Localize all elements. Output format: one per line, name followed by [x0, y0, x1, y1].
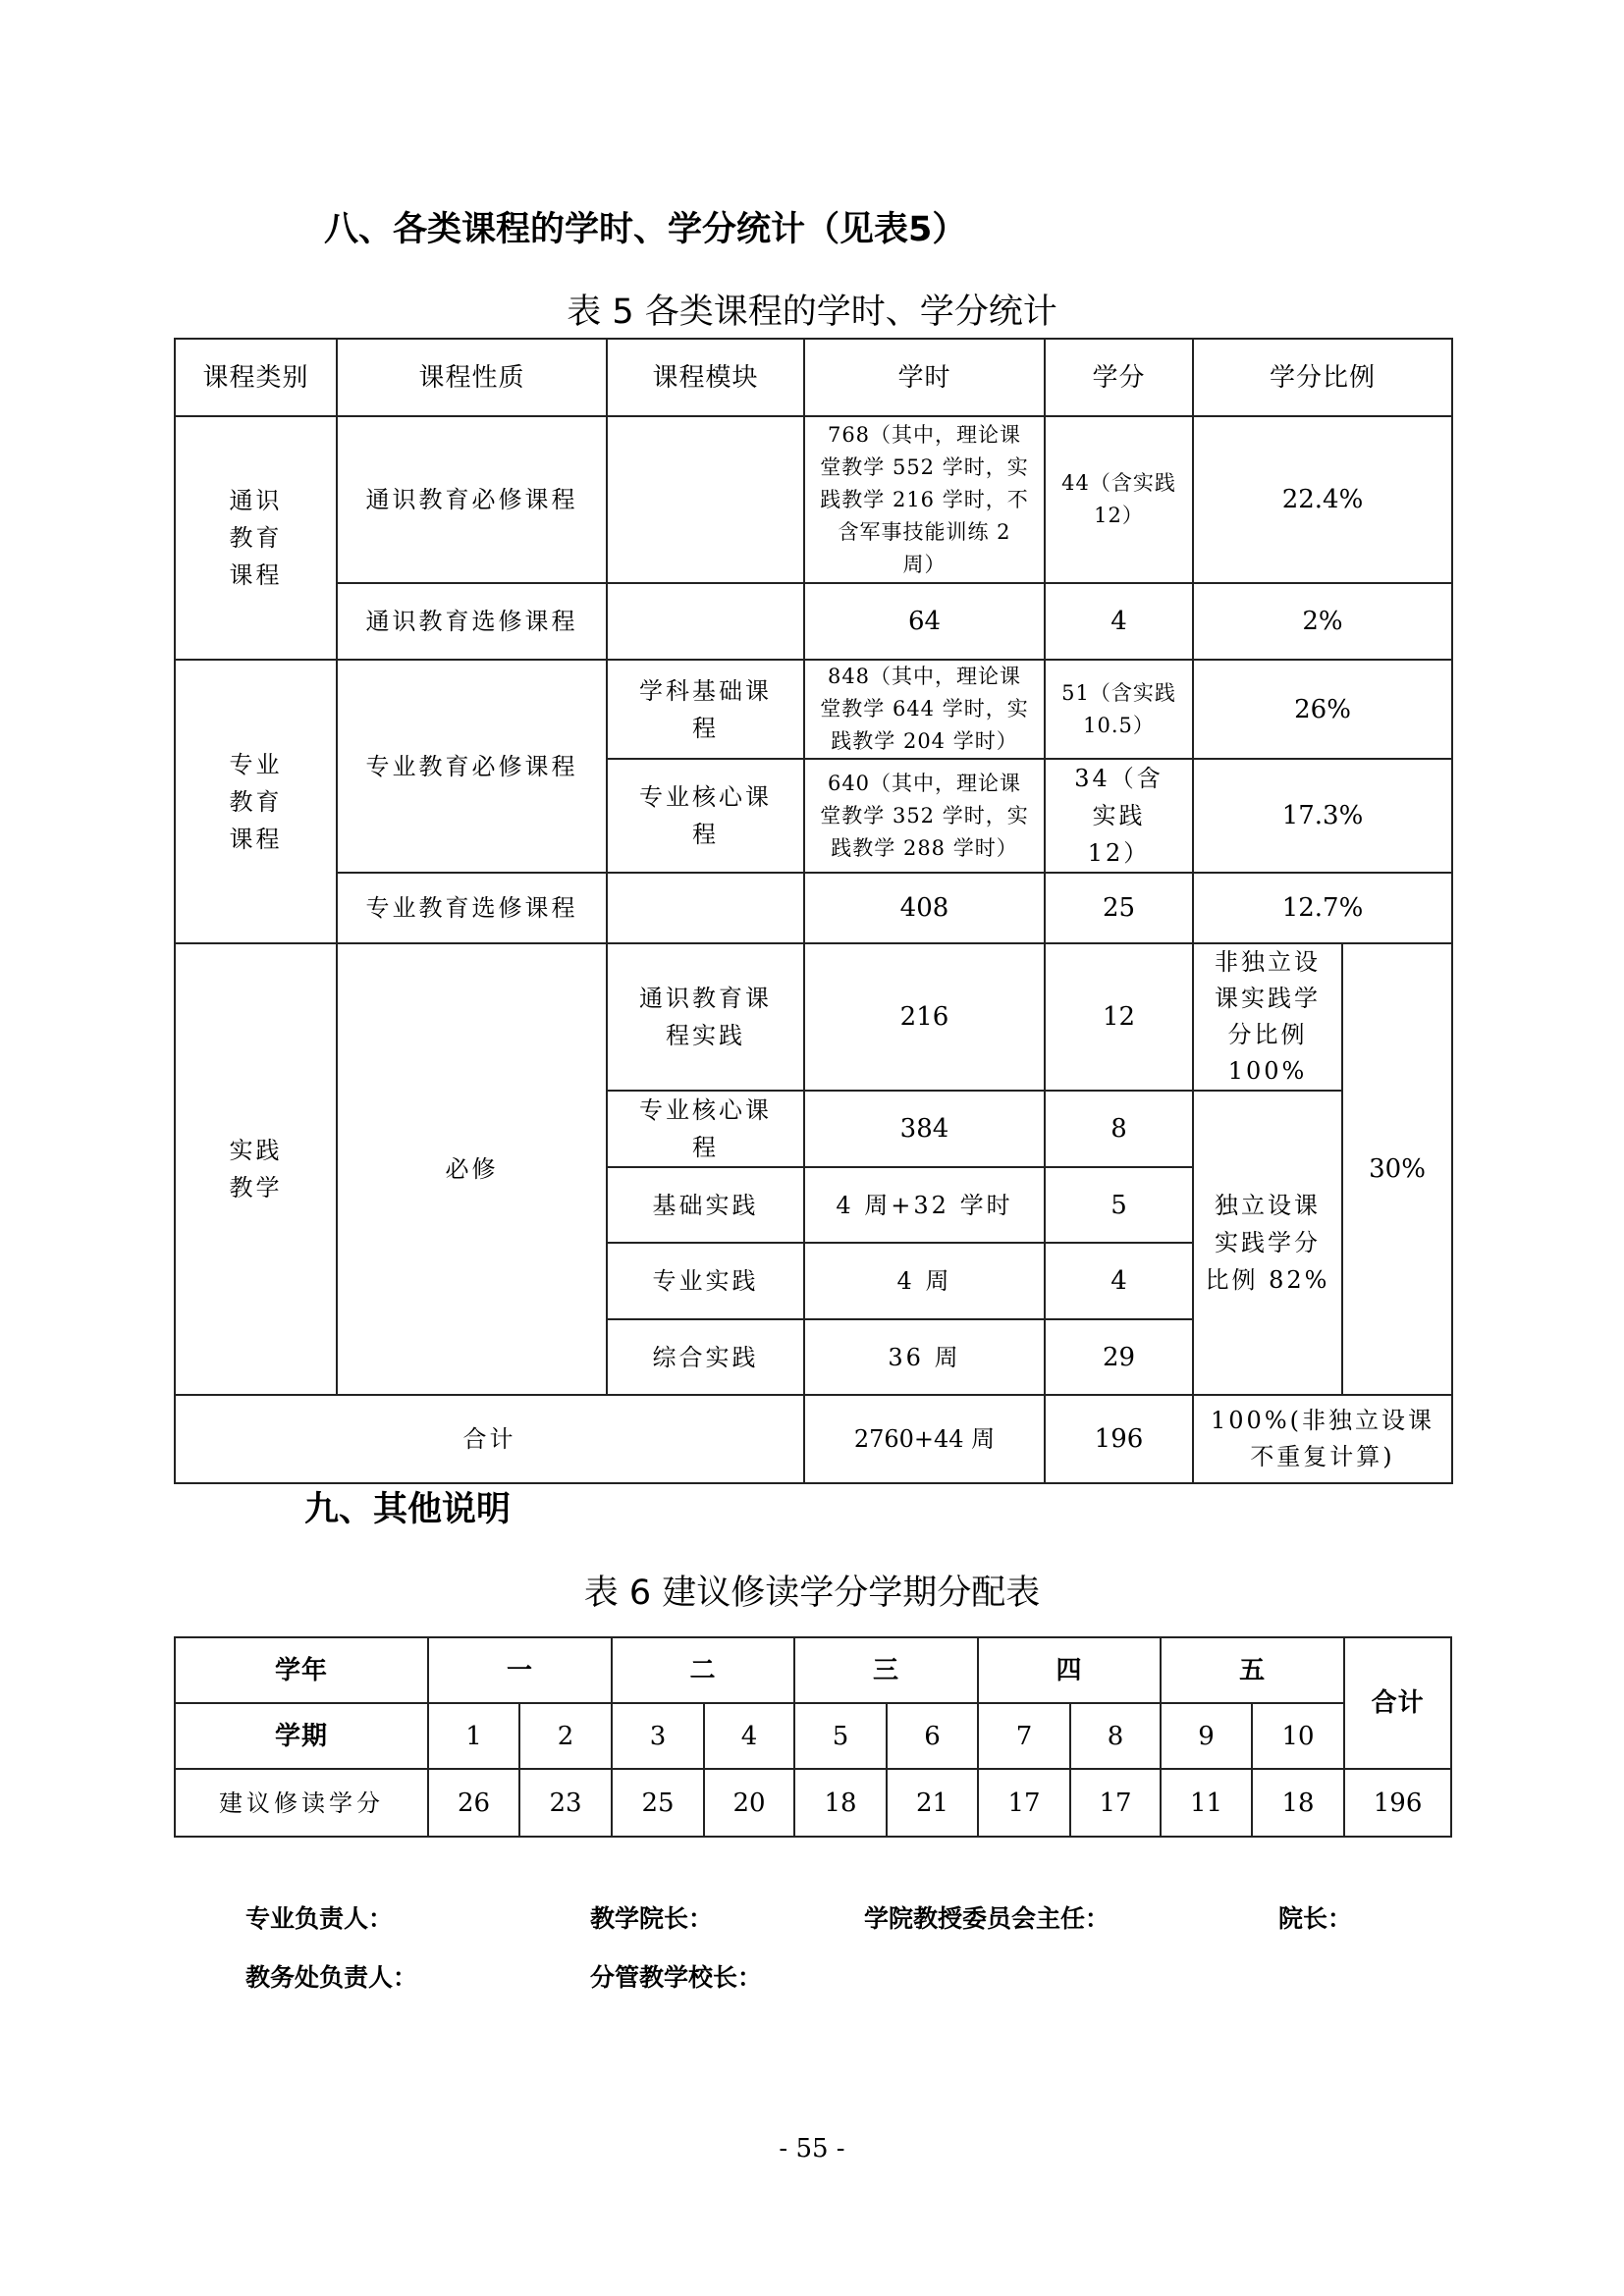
credits-row: 建议修读学分 26 23 25 20 18 21 17 17 11 18 196: [175, 1769, 1451, 1837]
credits-term-10: 18: [1252, 1769, 1344, 1837]
cell-nature: 专业教育必修课程: [337, 660, 607, 873]
signature-vice-president: 分管教学校长：: [590, 1962, 762, 1994]
cell-module: [607, 583, 804, 660]
total-label: 合计: [175, 1395, 804, 1483]
cell-module: 学科基础课程: [607, 660, 804, 759]
cell-module: 通识教育课程实践: [607, 943, 804, 1091]
cell-ratio-independent: 独立设课实践学分比例 82%: [1193, 1091, 1342, 1395]
cell-credits: 44（含实践 12）: [1045, 416, 1193, 583]
table-row: 通识教育选修课程 64 4 2%: [175, 583, 1452, 660]
cell-hours: 64: [804, 583, 1045, 660]
signature-major-lead: 专业负责人：: [245, 1903, 393, 1935]
cell-credits: 4: [1045, 1243, 1193, 1319]
term-3: 3: [612, 1703, 704, 1769]
cell-module: 专业核心课程: [607, 1091, 804, 1167]
table-row: 通识 教育 课程 通识教育必修课程 768（其中，理论课堂教学 552 学时，实…: [175, 416, 1452, 583]
term-5: 5: [794, 1703, 887, 1769]
table-5-total-row: 合计 2760+44 周 196 100%(非独立设课不重复计算): [175, 1395, 1452, 1483]
year-3: 三: [794, 1637, 978, 1703]
year-1: 一: [428, 1637, 612, 1703]
cell-ratio: 17.3%: [1193, 759, 1452, 873]
table-6-credit-distribution: 学年 一 二 三 四 五 合计 学期 1 2 3 4 5 6 7 8 9 10 …: [174, 1636, 1452, 1838]
table-row: 专业教育选修课程 408 25 12.7%: [175, 873, 1452, 943]
term-4: 4: [704, 1703, 794, 1769]
cell-ratio: 22.4%: [1193, 416, 1452, 583]
cell-module: [607, 416, 804, 583]
total-label: 合计: [1344, 1637, 1451, 1769]
cell-module: 专业核心课程: [607, 759, 804, 873]
header-credits: 学分: [1045, 339, 1193, 416]
cell-hours: 36 周: [804, 1319, 1045, 1395]
credits-term-5: 18: [794, 1769, 887, 1837]
cell-credits: 4: [1045, 583, 1193, 660]
term-label: 学期: [175, 1703, 428, 1769]
cell-hours: 768（其中，理论课堂教学 552 学时，实践教学 216 学时，不含军事技能训…: [804, 416, 1045, 583]
term-1: 1: [428, 1703, 519, 1769]
table-row: 专业 教育 课程 专业教育必修课程 学科基础课程 848（其中，理论课堂教学 6…: [175, 660, 1452, 759]
term-2: 2: [519, 1703, 612, 1769]
table-row: 实践 教学 必修 通识教育课程实践 216 12 非独立设课实践学分比例 100…: [175, 943, 1452, 1091]
credits-term-1: 26: [428, 1769, 519, 1837]
cell-hours: 4 周+32 学时: [804, 1167, 1045, 1243]
credits-term-2: 23: [519, 1769, 612, 1837]
year-5: 五: [1161, 1637, 1344, 1703]
group-major-education: 专业 教育 课程: [175, 660, 337, 943]
term-10: 10: [1252, 1703, 1344, 1769]
cell-nature: 必修: [337, 943, 607, 1395]
credits-term-9: 11: [1161, 1769, 1252, 1837]
term-8: 8: [1070, 1703, 1161, 1769]
cell-credits: 29: [1045, 1319, 1193, 1395]
cell-hours: 4 周: [804, 1243, 1045, 1319]
group-practice-teaching: 实践 教学: [175, 943, 337, 1395]
signature-committee-chair: 学院教授委员会主任：: [864, 1903, 1110, 1935]
term-9: 9: [1161, 1703, 1252, 1769]
table-5-header-row: 课程类别 课程性质 课程模块 学时 学分 学分比例: [175, 339, 1452, 416]
credits-label: 建议修读学分: [175, 1769, 428, 1837]
cell-credits: 51（含实践 10.5）: [1045, 660, 1193, 759]
term-row: 学期 1 2 3 4 5 6 7 8 9 10: [175, 1703, 1451, 1769]
cell-ratio: 2%: [1193, 583, 1452, 660]
signature-dean: 院长：: [1278, 1903, 1352, 1935]
cell-credits: 25: [1045, 873, 1193, 943]
cell-hours: 848（其中，理论课堂教学 644 学时，实践教学 204 学时）: [804, 660, 1045, 759]
cell-hours: 408: [804, 873, 1045, 943]
signature-teaching-dean: 教学院长：: [590, 1903, 713, 1935]
cell-nature: 通识教育选修课程: [337, 583, 607, 660]
cell-nature: 专业教育选修课程: [337, 873, 607, 943]
cell-module: 基础实践: [607, 1167, 804, 1243]
cell-hours: 216: [804, 943, 1045, 1091]
cell-nature: 通识教育必修课程: [337, 416, 607, 583]
section-9-heading: 九、其他说明: [304, 1488, 511, 1531]
header-hours: 学时: [804, 339, 1045, 416]
cell-module: 综合实践: [607, 1319, 804, 1395]
term-6: 6: [887, 1703, 978, 1769]
credits-term-6: 21: [887, 1769, 978, 1837]
cell-ratio: 26%: [1193, 660, 1452, 759]
year-2: 二: [612, 1637, 794, 1703]
cell-ratio-non-independent: 非独立设课实践学分比例 100%: [1193, 943, 1342, 1091]
cell-ratio-practice-total: 30%: [1342, 943, 1452, 1395]
table-5-credit-hours: 课程类别 课程性质 课程模块 学时 学分 学分比例 通识 教育 课程 通识教育必…: [174, 338, 1453, 1484]
cell-credits: 8: [1045, 1091, 1193, 1167]
cell-ratio: 12.7%: [1193, 873, 1452, 943]
cell-module: [607, 873, 804, 943]
cell-module: 专业实践: [607, 1243, 804, 1319]
header-category: 课程类别: [175, 339, 337, 416]
header-module: 课程模块: [607, 339, 804, 416]
total-ratio: 100%(非独立设课不重复计算): [1193, 1395, 1452, 1483]
cell-hours: 384: [804, 1091, 1045, 1167]
cell-credits: 34（含实践 12）: [1045, 759, 1193, 873]
total-hours: 2760+44 周: [804, 1395, 1045, 1483]
header-nature: 课程性质: [337, 339, 607, 416]
credits-term-8: 17: [1070, 1769, 1161, 1837]
year-label: 学年: [175, 1637, 428, 1703]
table-5-caption: 表 5 各类课程的学时、学分统计: [0, 291, 1624, 334]
term-7: 7: [978, 1703, 1070, 1769]
cell-credits: 12: [1045, 943, 1193, 1091]
credits-term-4: 20: [704, 1769, 794, 1837]
year-row: 学年 一 二 三 四 五 合计: [175, 1637, 1451, 1703]
cell-hours: 640（其中，理论课堂教学 352 学时，实践教学 288 学时）: [804, 759, 1045, 873]
year-4: 四: [978, 1637, 1161, 1703]
group-general-education: 通识 教育 课程: [175, 416, 337, 660]
credits-total: 196: [1344, 1769, 1451, 1837]
total-credits: 196: [1045, 1395, 1193, 1483]
section-8-heading: 八、各类课程的学时、学分统计（见表5）: [324, 208, 966, 251]
cell-credits: 5: [1045, 1167, 1193, 1243]
page-number: - 55 -: [0, 2133, 1624, 2164]
signature-academic-affairs-lead: 教务处负责人：: [245, 1962, 417, 1994]
credits-term-3: 25: [612, 1769, 704, 1837]
credits-term-7: 17: [978, 1769, 1070, 1837]
table-6-caption: 表 6 建议修读学分学期分配表: [0, 1572, 1624, 1615]
header-credit-ratio: 学分比例: [1193, 339, 1452, 416]
